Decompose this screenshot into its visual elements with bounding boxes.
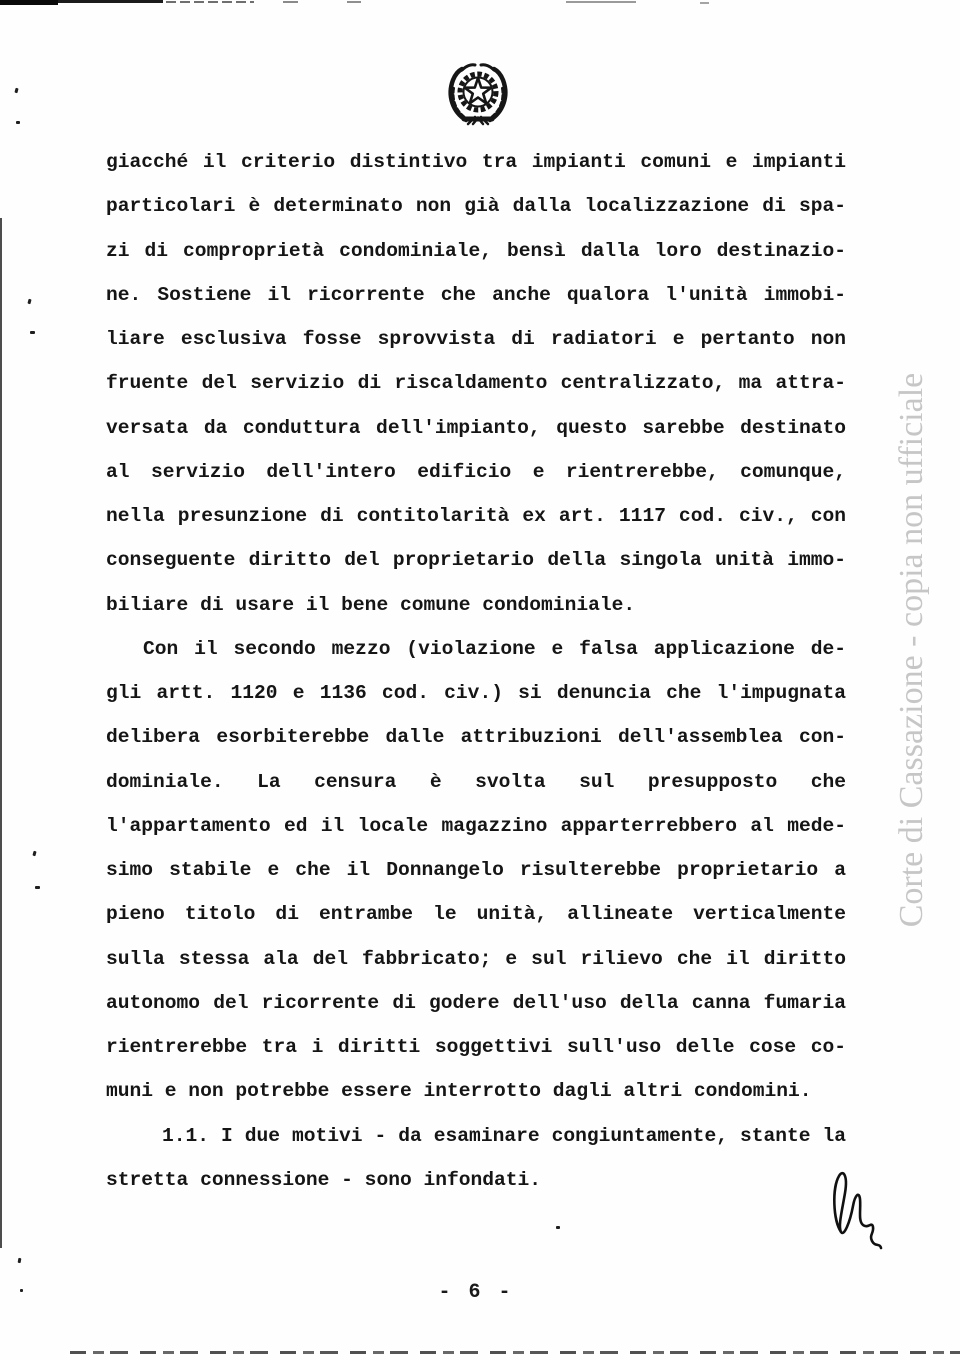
text-line: Con il secondo mezzo (violazione e falsa… (106, 627, 846, 671)
text-line: ne. Sostiene il ricorrente che anche qua… (106, 273, 846, 317)
scanned-document-page: giacché il criterio distintivo tra impia… (0, 0, 960, 1360)
text-line: sulla stessa ala del fabbricato; e sul r… (106, 937, 846, 981)
scan-edge-artifact (283, 1, 298, 3)
watermark-text: Corte di Cassazione - copia non ufficial… (890, 350, 934, 950)
ink-speck (20, 1289, 23, 1292)
scan-edge-artifact (566, 1, 636, 3)
italian-republic-emblem-icon (444, 60, 512, 130)
document-body: giacché il criterio distintivo tra impia… (106, 140, 846, 1202)
signature-icon (826, 1168, 888, 1256)
text-line: delibera esorbiterebbe dalle attribuzion… (106, 715, 846, 759)
text-line: nella presunzione di contitolarità ex ar… (106, 494, 846, 538)
text-line: muni e non potrebbe essere interrotto da… (106, 1069, 846, 1113)
text-line: pieno titolo di entrambe le unità, allin… (106, 892, 846, 936)
text-line: stretta connessione - sono infondati. (106, 1158, 846, 1202)
scan-edge-artifact (347, 1, 361, 3)
ink-speck (556, 1226, 560, 1229)
text-line: gli artt. 1120 e 1136 cod. civ.) si denu… (106, 671, 846, 715)
text-line: versata da conduttura dell'impianto, que… (106, 406, 846, 450)
ink-speck (32, 851, 36, 857)
text-line: zi di comproprietà condominiale, bensì d… (106, 229, 846, 273)
ink-speck (27, 299, 31, 305)
scan-edge-artifact (0, 218, 2, 1248)
scan-edge-artifact (700, 2, 709, 4)
page-number: - 6 - (106, 1278, 846, 1308)
text-line: autonomo del ricorrente di godere dell'u… (106, 981, 846, 1025)
text-line: biliare di usare il bene comune condomin… (106, 583, 846, 627)
scan-edge-artifact (166, 1, 254, 3)
text-line: simo stabile e che il Donnangelo risulte… (106, 848, 846, 892)
text-line: fruente del servizio di riscaldamento ce… (106, 361, 846, 405)
ink-speck (18, 1258, 22, 1263)
ink-speck (16, 121, 20, 124)
text-line: liare esclusiva fosse sprovvista di radi… (106, 317, 846, 361)
text-line: l'appartamento ed il locale magazzino ap… (106, 804, 846, 848)
text-line: particolari è determinato non già dalla … (106, 184, 846, 228)
scan-edge-artifact (0, 0, 58, 5)
text-line: rientrerebbe tra i diritti soggettivi su… (106, 1025, 846, 1069)
text-line: al servizio dell'intero edificio e rient… (106, 450, 846, 494)
text-line: conseguente diritto del proprietario del… (106, 538, 846, 582)
text-line: dominiale. La censura è svolta sul presu… (106, 760, 846, 804)
ink-speck (35, 886, 40, 889)
scan-edge-artifact (58, 0, 163, 3)
ink-speck (30, 331, 35, 334)
scan-edge-artifact (70, 1351, 960, 1354)
ink-speck (14, 88, 18, 94)
text-line: giacché il criterio distintivo tra impia… (106, 140, 846, 184)
text-line: 1.1. I due motivi - da esaminare congiun… (106, 1114, 846, 1158)
